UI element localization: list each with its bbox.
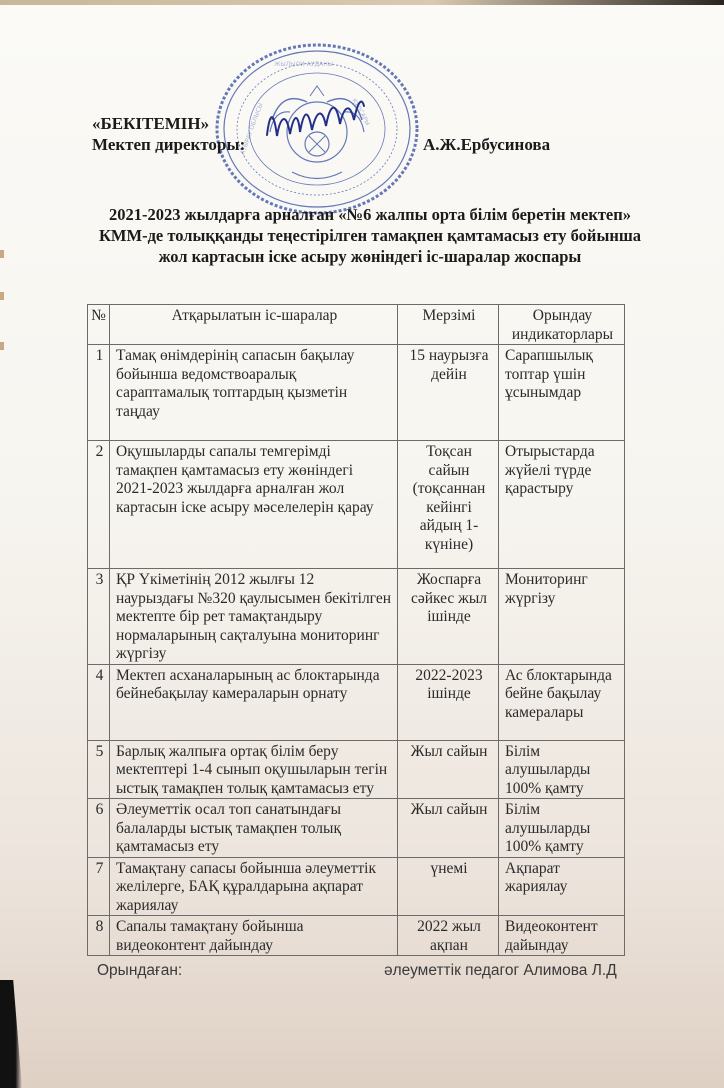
- row-term: Жыл сайын: [398, 799, 499, 858]
- row-term: Жоспарға сәйкес жыл ішінде: [398, 569, 499, 665]
- table-row: 1 Тамақ өнімдерінің сапасын бақылау бойы…: [88, 345, 625, 441]
- row-num: 7: [88, 857, 110, 916]
- row-term: 2022 жыл ақпан: [398, 916, 499, 956]
- header-activity: Атқарылатын іс-шаралар: [110, 305, 398, 345]
- row-num: 5: [88, 740, 110, 799]
- page-top-edge: [0, 0, 724, 5]
- row-indicator: Ақпарат жариялау: [499, 857, 625, 916]
- director-name: А.Ж.Ербусинова: [423, 135, 550, 155]
- table-row: 6 Әлеуметтік осал топ санатындағы балала…: [88, 799, 625, 858]
- performed-by-label: Орындаған:: [97, 962, 182, 980]
- header-term: Мерзімі: [398, 305, 499, 345]
- activities-table: № Атқарылатын іс-шаралар Мерзімі Орындау…: [87, 304, 625, 956]
- table-row: 8 Сапалы тамақтану бойынша видеоконтент …: [88, 916, 625, 956]
- row-indicator: Білім алушыларды 100% қамту: [499, 740, 625, 799]
- performer-name: әлеуметтік педагог Алимова Л.Д: [384, 962, 617, 980]
- table-row: 3 ҚР Үкіметінің 2012 жылғы 12 наурыздағы…: [88, 569, 625, 665]
- header-num: №: [88, 305, 110, 345]
- row-term: Жыл сайын: [398, 740, 499, 799]
- row-activity: Оқушыларды сапалы темгерімді тамақпен қа…: [110, 441, 398, 569]
- approve-label: «БЕКІТЕМІН»: [92, 114, 209, 134]
- row-indicator: Видеоконтент дайындау: [499, 916, 625, 956]
- row-num: 3: [88, 569, 110, 665]
- row-term: Тоқсан сайын (тоқсаннан кейінгі айдың 1-…: [398, 441, 499, 569]
- row-num: 8: [88, 916, 110, 956]
- row-indicator: Сарапшылық топтар үшін ұсынымдар: [499, 345, 625, 441]
- row-num: 2: [88, 441, 110, 569]
- row-activity: Мектеп асханаларының ас блоктарында бейн…: [110, 664, 398, 740]
- row-num: 6: [88, 799, 110, 858]
- director-label: Мектеп директоры:: [92, 135, 245, 155]
- row-activity: Тамақ өнімдерінің сапасын бақылау бойынш…: [110, 345, 398, 441]
- row-indicator: Мониторинг жүргізу: [499, 569, 625, 665]
- page-left-edge: [0, 250, 4, 370]
- row-term: 15 наурызға дейін: [398, 345, 499, 441]
- row-term: үнемі: [398, 857, 499, 916]
- row-indicator: Білім алушыларды 100% қамту: [499, 799, 625, 858]
- title-line-3: жол картасын іске асыру жөніндегі іс-шар…: [80, 246, 660, 267]
- table-row: 7 Тамақтану сапасы бойынша әлеуметтік же…: [88, 857, 625, 916]
- table-row: 4 Мектеп асханаларының ас блоктарында бе…: [88, 664, 625, 740]
- row-activity: Әлеуметтік осал топ санатындағы балалард…: [110, 799, 398, 858]
- row-indicator: Ас блоктарында бейне бақылау камералары: [499, 664, 625, 740]
- row-indicator: Отырыстарда жүйелі түрде қарастыру: [499, 441, 625, 569]
- row-activity: ҚР Үкіметінің 2012 жылғы 12 наурыздағы №…: [110, 569, 398, 665]
- table-row: 2 Оқушыларды сапалы темгерімді тамақпен …: [88, 441, 625, 569]
- row-num: 1: [88, 345, 110, 441]
- row-activity: Сапалы тамақтану бойынша видеоконтент да…: [110, 916, 398, 956]
- row-activity: Барлық жалпыға ортақ білім беру мектепте…: [110, 740, 398, 799]
- title-line-2: КММ-де толыққанды теңестірілген тамақпен…: [80, 225, 660, 246]
- row-activity: Тамақтану сапасы бойынша әлеуметтік желі…: [110, 857, 398, 916]
- title-line-1: 2021-2023 жылдарға арналған «№6 жалпы ор…: [80, 204, 660, 225]
- row-num: 4: [88, 664, 110, 740]
- document-title: 2021-2023 жылдарға арналған «№6 жалпы ор…: [80, 204, 660, 267]
- table-row: 5 Барлық жалпыға ортақ білім беру мектеп…: [88, 740, 625, 799]
- header-indicator: Орындау индикаторлары: [499, 305, 625, 345]
- row-term: 2022-2023 ішінде: [398, 664, 499, 740]
- table-header-row: № Атқарылатын іс-шаралар Мерзімі Орындау…: [88, 305, 625, 345]
